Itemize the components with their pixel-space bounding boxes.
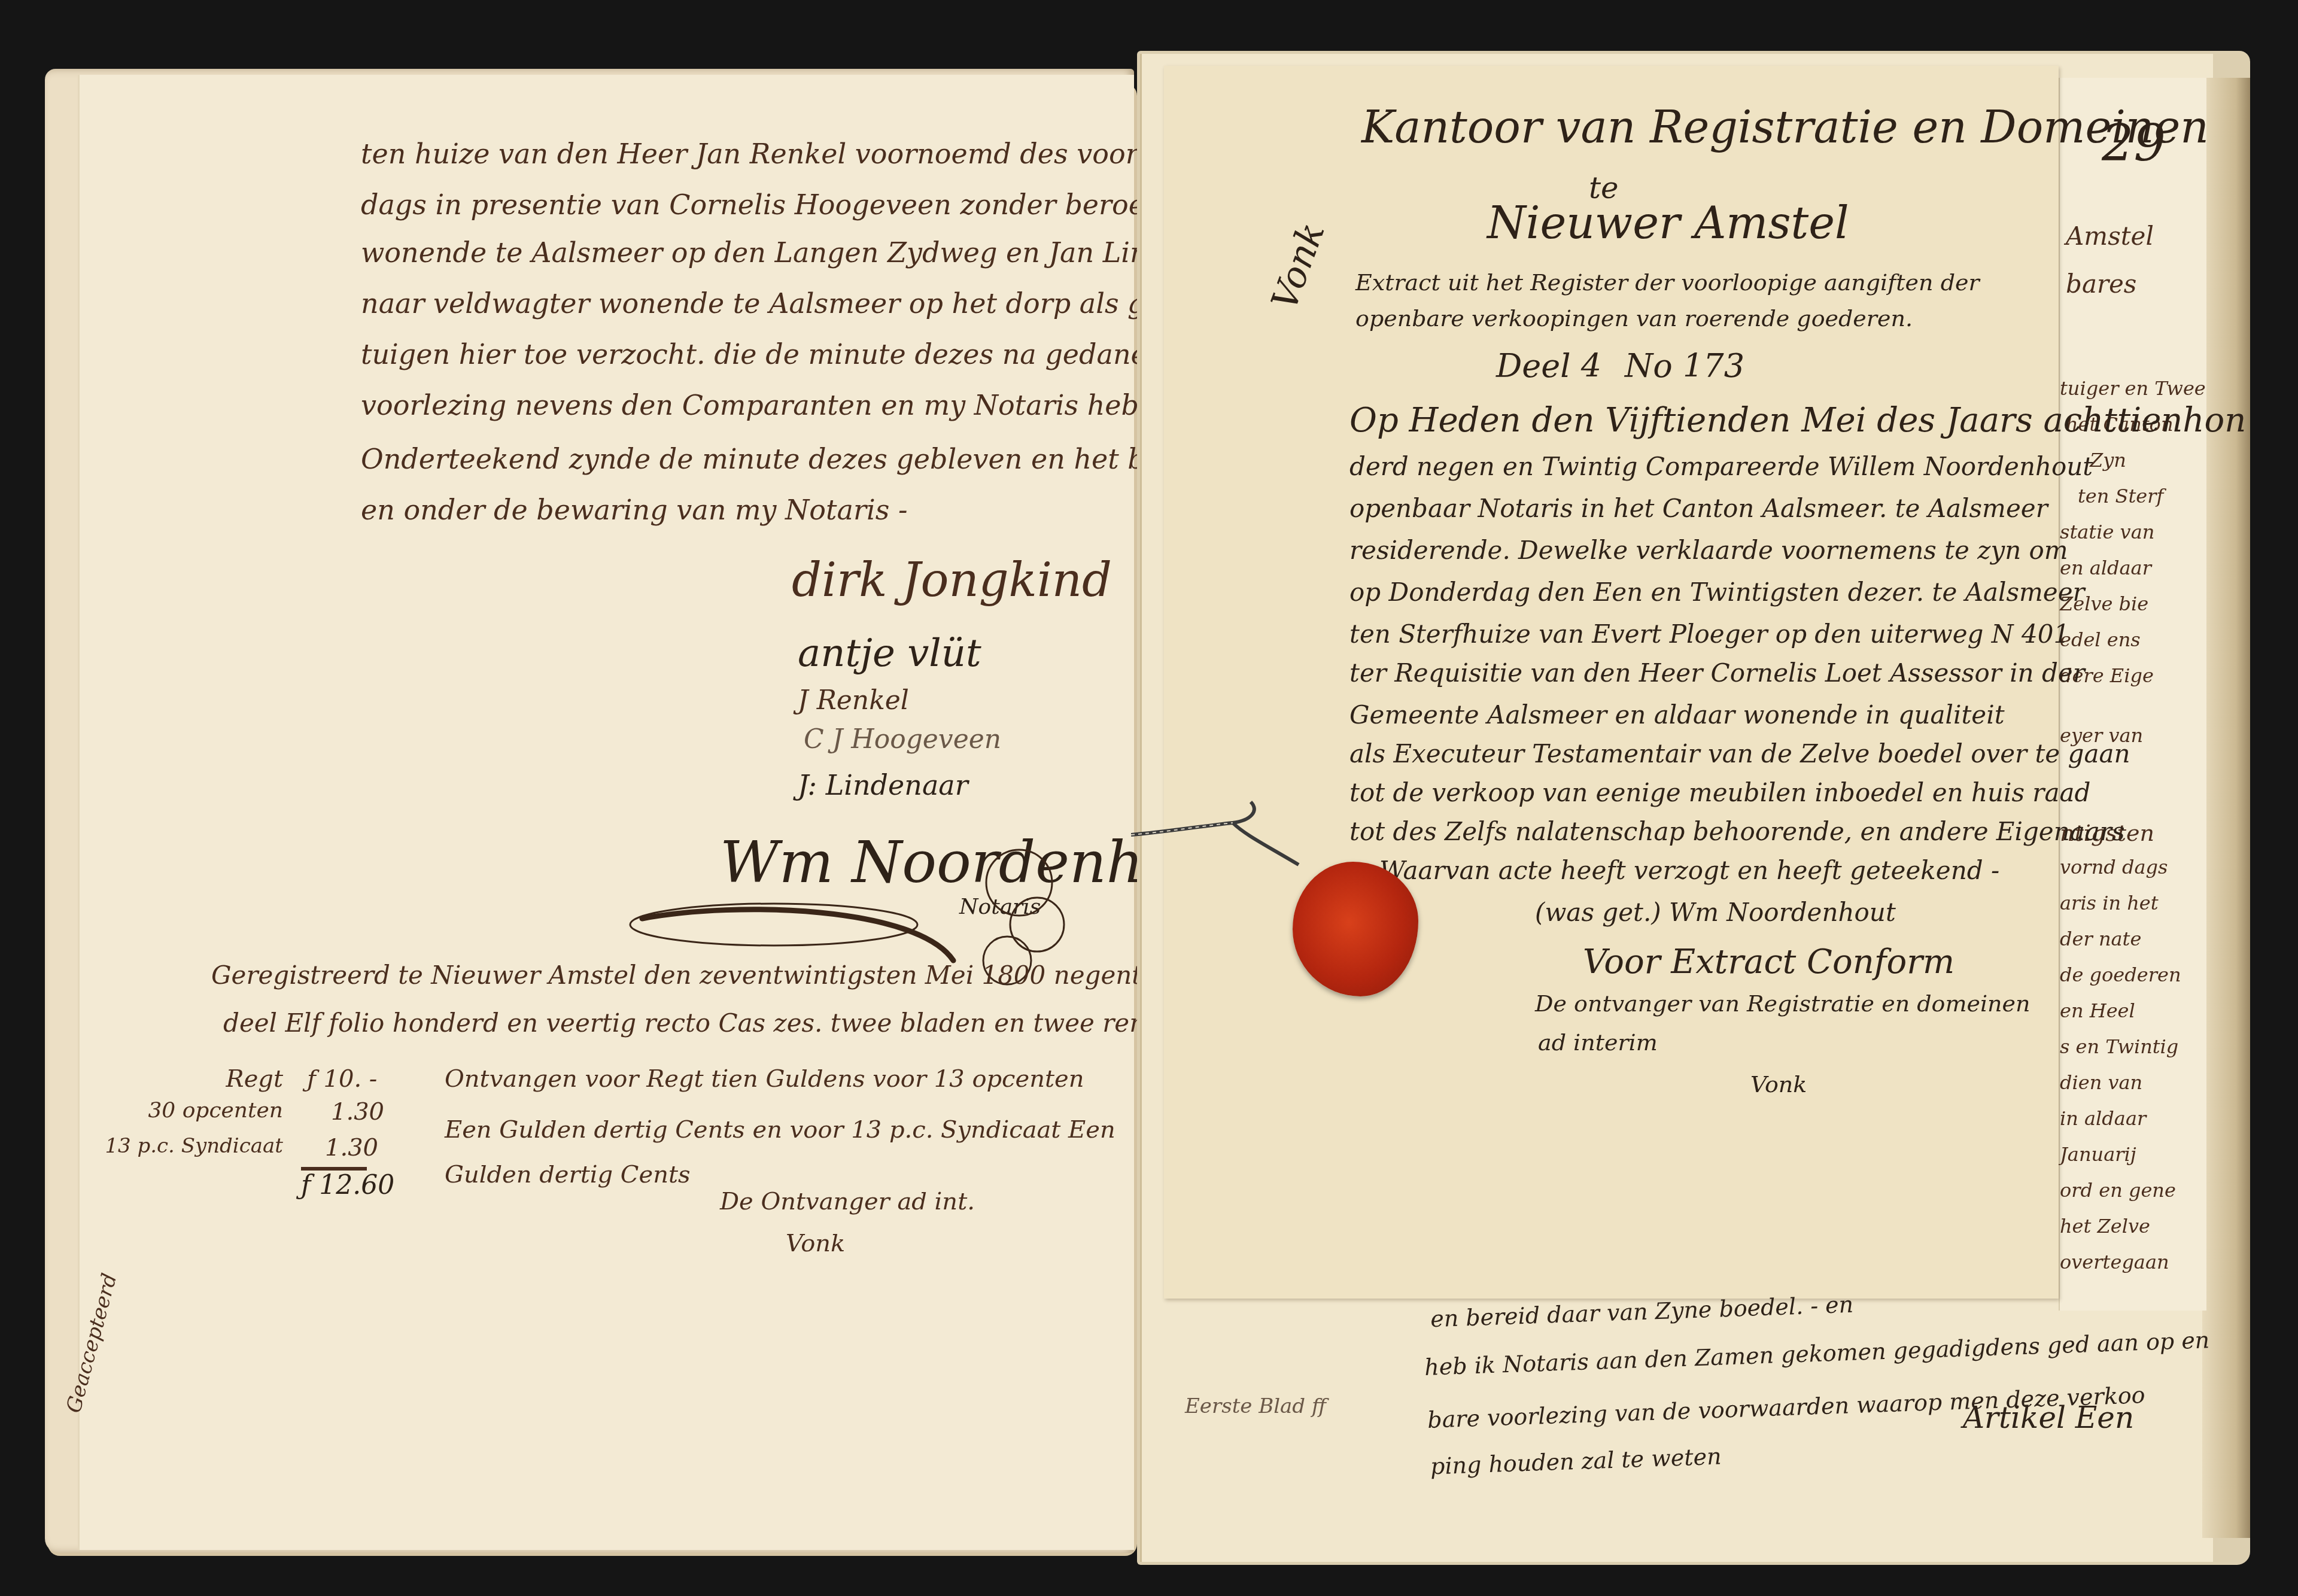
edge-fragment: de goederen: [2060, 963, 2181, 986]
registration-extract-sheet: Kantoor van Registratie en Domeinen te N…: [1164, 66, 2059, 1299]
extract-subheader: Extract uit het Register der voorloopige…: [1355, 269, 1980, 296]
body-line: tot des Zelfs nalatenschap behoorende, e…: [1349, 817, 2124, 846]
ad-interim: ad interim: [1538, 1029, 1658, 1056]
signature-lindenaar: J: Lindenaar: [798, 769, 968, 801]
receipt-line: Gulden dertig Cents: [445, 1161, 691, 1188]
edge-fragment: bares: [2066, 269, 2136, 299]
body-line: openbaar Notaris in het Canton Aalsmeer.…: [1349, 494, 2048, 523]
fee-amount: 1.30: [331, 1098, 384, 1126]
registration-line: Geregistreerd te Nieuwer Amstel den zeve…: [211, 960, 1181, 990]
body-line: ter Requisitie van den Heer Cornelis Loe…: [1349, 658, 2085, 688]
extract-subheader: openbare verkoopingen van roerende goede…: [1355, 305, 1913, 332]
margin-note: Eerste Blad ff: [1185, 1394, 1326, 1418]
body-line: ten huize van den Heer Jan Renkel voorno…: [361, 138, 1191, 170]
signed-line: (was get.) Wm Noordenhout: [1535, 898, 1896, 927]
wax-seal-icon: [1293, 862, 1418, 996]
fee-label: 30 opcenten: [115, 1098, 283, 1123]
body-line: wonende te Aalsmeer op den Langen Zydweg…: [361, 236, 1191, 269]
article-heading: Artikel Een: [1963, 1400, 2134, 1435]
edge-fragment: in aldaar: [2060, 1107, 2146, 1130]
body-line: op Donderdag den Een en Twintigsten deze…: [1349, 577, 2085, 607]
body-line: ten Sterfhuize van Evert Ploeger op den …: [1349, 619, 2069, 649]
body-line: naar veldwagter wonende te Aalsmeer op h…: [361, 287, 1162, 320]
edge-fragment: Januarij: [2060, 1143, 2136, 1166]
extract-header: Kantoor van Registratie en Domeinen: [1361, 102, 2209, 153]
signature-hoogeveen: C J Hoogeveen: [804, 724, 1001, 755]
registration-line: deel Elf folio honderd en veertig recto …: [223, 1008, 1189, 1038]
edge-fragment: en aldaar: [2060, 557, 2151, 579]
page-edges: [2202, 78, 2250, 1538]
left-page-sheet: ten huize van den Heer Jan Renkel voorno…: [78, 75, 1134, 1550]
number-label: No 173: [1625, 347, 1744, 385]
body-line: en onder de bewaring van my Notaris -: [361, 494, 907, 526]
deel-label: Deel 4: [1496, 347, 1601, 385]
body-line: derd negen en Twintig Compareerde Willem…: [1349, 452, 2093, 481]
fee-total: ƒ 12.60: [301, 1170, 394, 1200]
underlying-register-page: 29 Amstel bares tuiger en Twee het Canto…: [2059, 78, 2206, 1311]
body-line: als Executeur Testamentair van de Zelve …: [1349, 739, 2130, 768]
body-line: voorlezing nevens den Comparanten en my …: [361, 389, 1190, 421]
body-line: Onderteekend zynde de minute dezes geble…: [361, 443, 1196, 475]
edge-fragment: vornd dags: [2060, 856, 2168, 878]
edge-fragment: ord en gene: [2060, 1179, 2176, 1202]
edge-fragment: dien van: [2060, 1071, 2142, 1094]
edge-fragment: s en Twintig: [2060, 1035, 2178, 1058]
receipt-line: Een Gulden dertig Cents en voor 13 p.c. …: [445, 1116, 1115, 1144]
seal-string-icon: [1131, 799, 1311, 883]
receipt-signoff: De Ontvanger ad int.: [720, 1188, 975, 1215]
edge-fragment: Amstel: [2066, 221, 2154, 251]
conform-line: Voor Extract Conform: [1583, 943, 1954, 981]
edge-fragment: statie van: [2060, 521, 2154, 543]
body-line: dags in presentie van Cornelis Hoogeveen…: [361, 189, 1162, 221]
extract-header-place: Nieuwer Amstel: [1487, 197, 1849, 249]
fee-label: Regt: [163, 1065, 283, 1093]
edge-fragment: edel ens: [2060, 628, 2141, 651]
edge-fragment: en Heel: [2060, 999, 2135, 1022]
signature-vlut: antje vlüt: [798, 631, 981, 676]
edge-fragment: overtegaan: [2060, 1251, 2169, 1273]
edge-fragment: aris in het: [2060, 892, 2159, 914]
edge-fragment: het Zelve: [2060, 1215, 2150, 1238]
body-line: tot de verkoop van eenige meubilen inboe…: [1349, 778, 2090, 807]
receipt-line: Ontvangen voor Regt tien Guldens voor 13…: [445, 1065, 1084, 1093]
body-line: tuigen hier toe verzocht. die de minute …: [361, 338, 1147, 370]
edge-fragment: ten Sterf: [2078, 485, 2163, 507]
fee-label: 13 p.c. Syndicaat: [92, 1134, 283, 1158]
body-line: Waarvan acte heeft verzogt en heeft gete…: [1379, 856, 1999, 885]
receipt-signature: Vonk: [786, 1230, 845, 1257]
edge-fragment: der nate: [2060, 928, 2141, 950]
receiver-line: De ontvanger van Registratie en domeinen: [1535, 990, 2030, 1017]
body-line: Gemeente Aalsmeer en aldaar wonende in q…: [1349, 700, 2005, 729]
receiver-signature: Vonk: [1750, 1071, 1807, 1098]
signature-renkel: J Renkel: [798, 685, 909, 716]
body-line: residerende. Dewelke verklaarde voorneme…: [1349, 536, 2068, 565]
fee-amount: ƒ 10. -: [307, 1065, 377, 1093]
signature-jongkind: dirk Jongkind: [792, 554, 1112, 607]
fee-amount: 1.30: [325, 1134, 378, 1162]
body-line: Op Heden den Vijftienden Mei des Jaars a…: [1349, 401, 2246, 440]
edge-fragment: Zyn: [2090, 449, 2126, 472]
edge-fragment: tuiger en Twee: [2060, 377, 2206, 400]
margin-annotation: Vonk: [1263, 217, 1333, 315]
